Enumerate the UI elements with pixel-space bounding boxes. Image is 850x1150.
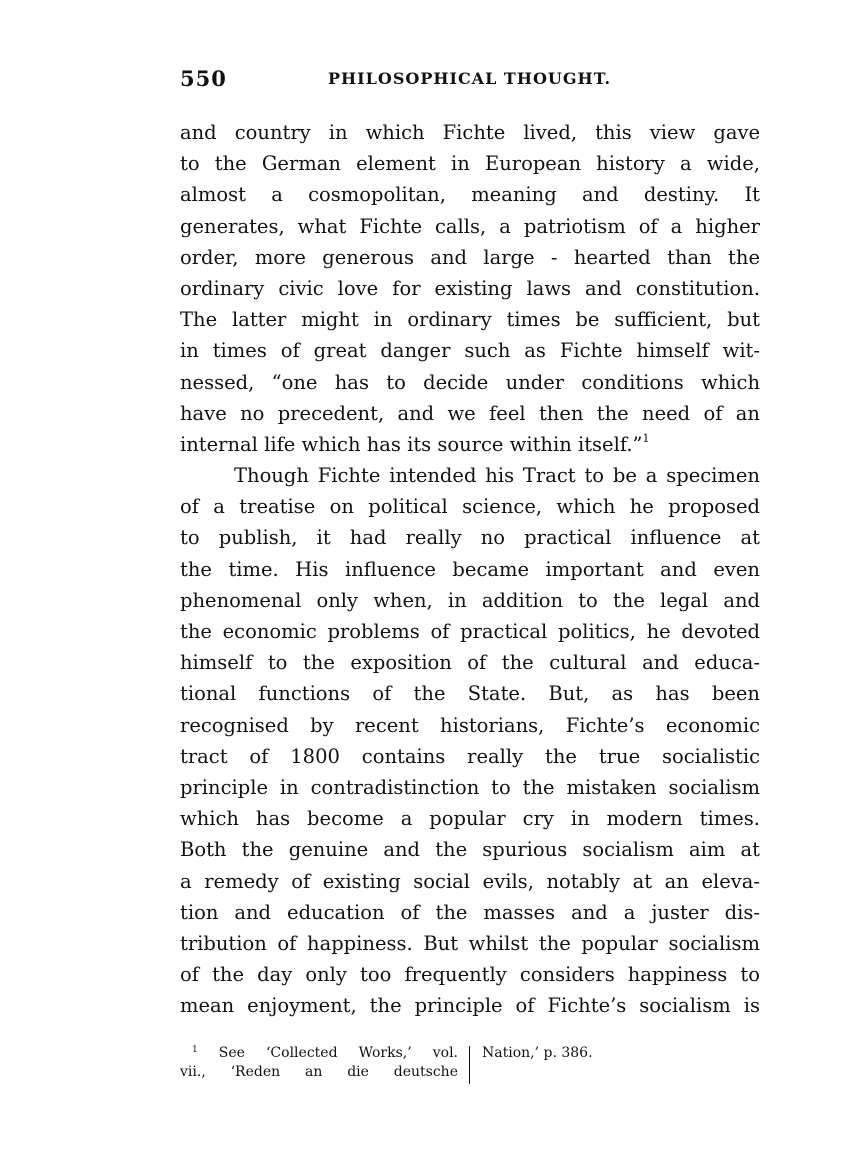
text-line: which has become a popular cry in modern…	[180, 803, 760, 834]
text-line: tribution of happiness. But whilst the p…	[180, 928, 760, 959]
text-line: tion and education of the masses and a j…	[180, 897, 760, 928]
text-line: to the German element in European histor…	[180, 148, 760, 179]
footnote-column-right: Nation,’ p. 386.	[482, 1044, 593, 1063]
paragraph-start-line: Though Fichte intended his Tract to be a…	[180, 460, 760, 491]
text-line: phenomenal only when, in addition to the…	[180, 585, 760, 616]
text-line: internal life which has its source withi…	[180, 433, 643, 456]
text-line: have no precedent, and we feel then the …	[180, 398, 760, 429]
text-line-with-footnote: internal life which has its source withi…	[180, 429, 760, 460]
text-line: the economic problems of practical polit…	[180, 616, 760, 647]
text-line: himself to the exposition of the cultura…	[180, 647, 760, 678]
text-line: tional functions of the State. But, as h…	[180, 678, 760, 709]
footnote-line: Nation,’ p. 386.	[482, 1044, 593, 1063]
text-line: almost a cosmopolitan, meaning and desti…	[180, 179, 760, 210]
text-line: mean enjoyment, the principle of Fichte’…	[180, 990, 760, 1021]
text-line: recognised by recent historians, Fichte’…	[180, 710, 760, 741]
text-line: and country in which Fichte lived, this …	[180, 117, 760, 148]
running-head: 550 PHILOSOPHICAL THOUGHT.	[180, 66, 760, 96]
footnote-line: vii., ‘Reden an die deutsche	[180, 1063, 458, 1082]
footnote-reference[interactable]: 1	[643, 432, 650, 445]
text-line: the time. His influence became important…	[180, 554, 760, 585]
text-line: nessed, “one has to decide under conditi…	[180, 367, 760, 398]
footnote-text: See ‘Collected Works,’ vol.	[219, 1045, 458, 1061]
footnote-column-divider	[469, 1046, 470, 1084]
text-line: in times of great danger such as Fichte …	[180, 335, 760, 366]
text-line: ordinary civic love for existing laws an…	[180, 273, 760, 304]
text-line: order, more generous and large - hearted…	[180, 242, 760, 273]
text-line: tract of 1800 contains really the true s…	[180, 741, 760, 772]
text-line: of a treatise on political science, whic…	[180, 491, 760, 522]
text-line: Both the genuine and the spurious social…	[180, 834, 760, 865]
footnote-marker: 1	[192, 1045, 198, 1055]
text-line: principle in contradistinction to the mi…	[180, 772, 760, 803]
page-number: 550	[180, 66, 227, 91]
footnote-column-left: 1 See ‘Collected Works,’ vol. vii., ‘Red…	[180, 1044, 458, 1082]
text-line: a remedy of existing social evils, notab…	[180, 866, 760, 897]
text-line: The latter might in ordinary times be su…	[180, 304, 760, 335]
running-title: PHILOSOPHICAL THOUGHT.	[328, 69, 611, 88]
text-line: generates, what Fichte calls, a patrioti…	[180, 211, 760, 242]
body-text: and country in which Fichte lived, this …	[180, 117, 760, 1021]
text-line: to publish, it had really no practical i…	[180, 522, 760, 553]
text-line: of the day only too frequently considers…	[180, 959, 760, 990]
footnote-line: 1 See ‘Collected Works,’ vol.	[180, 1044, 458, 1063]
